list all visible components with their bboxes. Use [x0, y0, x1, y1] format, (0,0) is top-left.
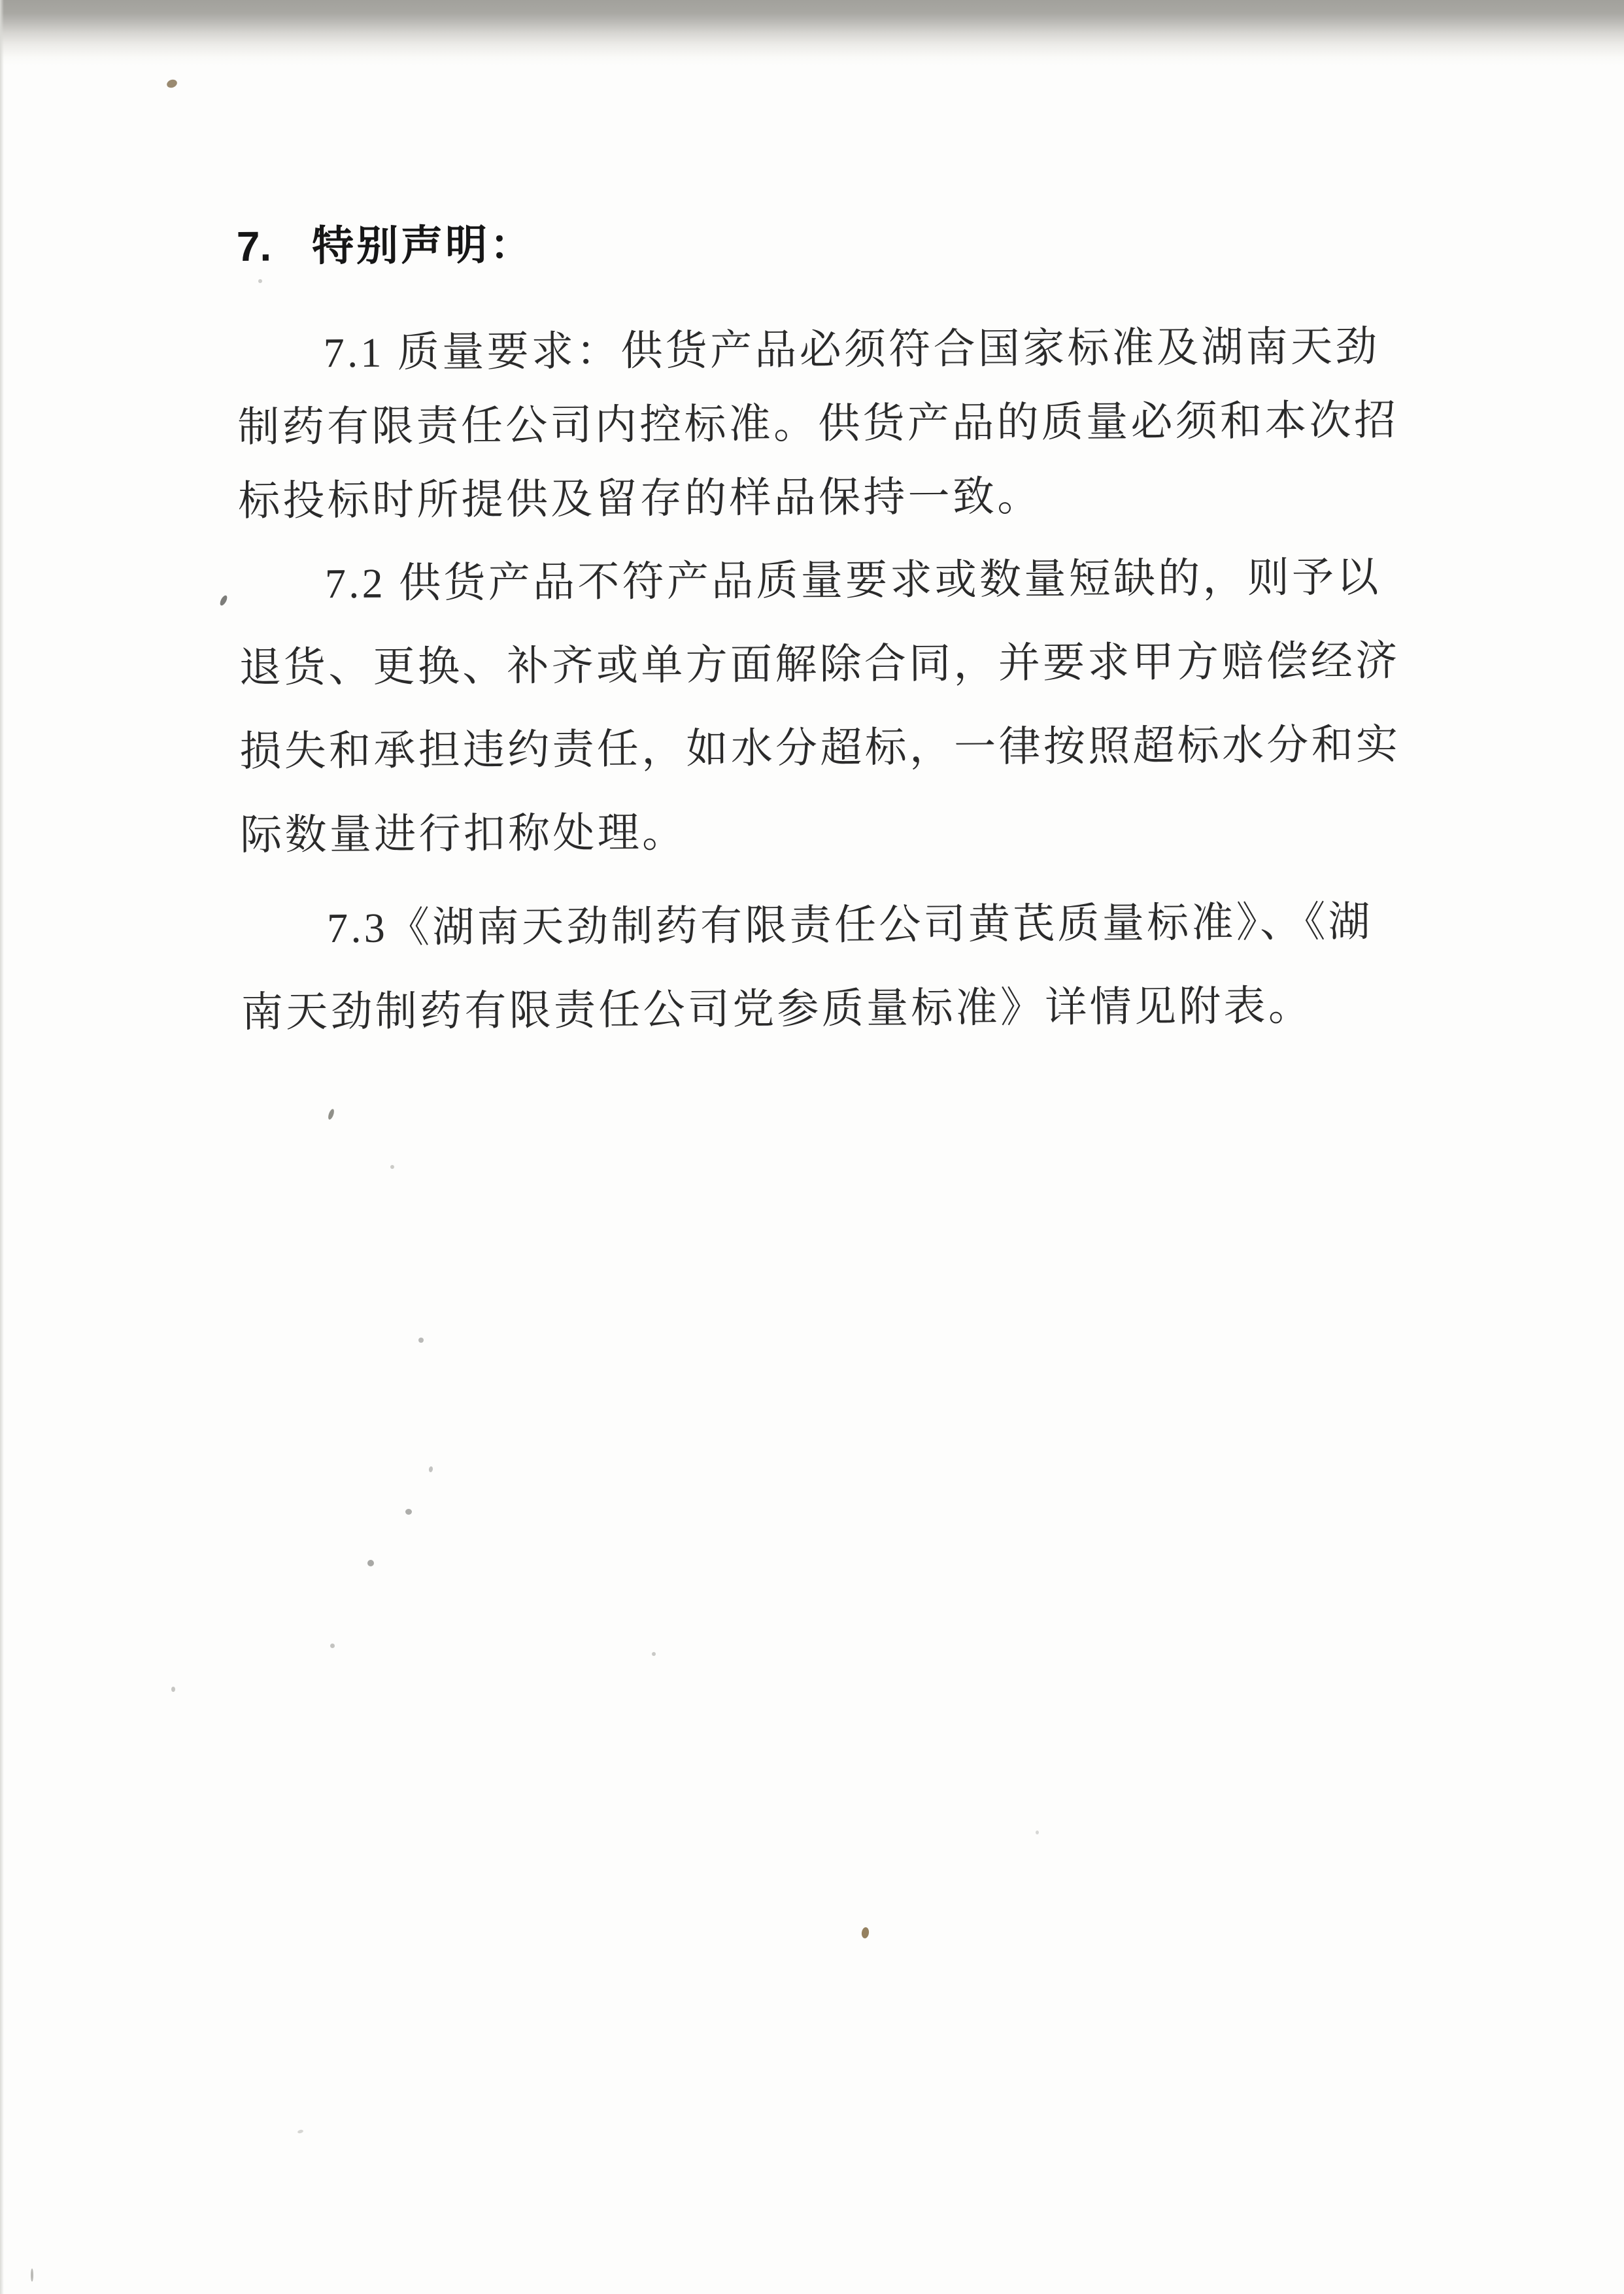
section-number: 7.	[237, 222, 272, 271]
text-line: 7.3《湖南天劲制药有限责任公司黄芪质量标准》、《湖	[241, 880, 1425, 971]
scan-speck	[367, 1560, 374, 1566]
paragraph-7-2: 7.2 供货产品不符产品质量要求或数量短缺的，则予以 退货、更换、补齐或单方面解…	[239, 535, 1424, 877]
paragraph-7-1: 7.1 质量要求：供货产品必须符合国家标准及湖南天劲 制药有限责任公司内控标准。…	[237, 309, 1421, 538]
scan-speck	[652, 1652, 656, 1656]
text-line: 7.1 质量要求：供货产品必须符合国家标准及湖南天劲	[237, 309, 1421, 390]
scanned-document-page: 7.特别声明： 7.1 质量要求：供货产品必须符合国家标准及湖南天劲 制药有限责…	[0, 0, 1624, 2294]
scan-speck	[390, 1165, 394, 1169]
scan-speck	[330, 1644, 335, 1648]
section-heading: 7.特别声明：	[236, 211, 534, 273]
scan-speck	[171, 1687, 175, 1692]
paragraph-7-3: 7.3《湖南天劲制药有限责任公司黄芪质量标准》、《湖 南天劲制药有限责任公司党参…	[241, 880, 1425, 1054]
scan-speck	[418, 1338, 424, 1343]
scan-speck	[31, 2269, 33, 2282]
text-line: 退货、更换、补齐或单方面解除合同，并要求甲方赔偿经济	[239, 619, 1423, 710]
text-line: 标投标时所提供及留存的样品保持一致。	[238, 457, 1422, 538]
text-line: 际数量进行扣称处理。	[240, 786, 1424, 877]
scan-speck	[405, 1509, 412, 1515]
text-line: 损失和承担违约责任，如水分超标，一律按照超标水分和实	[239, 703, 1423, 794]
text-line: 7.2 供货产品不符产品质量要求或数量短缺的，则予以	[239, 535, 1423, 626]
document-content: 7.特别声明： 7.1 质量要求：供货产品必须符合国家标准及湖南天劲 制药有限责…	[0, 0, 1624, 2294]
scan-speck	[1036, 1830, 1039, 1834]
text-line: 制药有限责任公司内控标准。供货产品的质量必须和本次招	[237, 383, 1421, 464]
scan-speck	[258, 279, 262, 283]
section-title: 特别声明：	[312, 221, 534, 269]
text-line: 南天劲制药有限责任公司党参质量标准》详情见附表。	[241, 964, 1425, 1054]
